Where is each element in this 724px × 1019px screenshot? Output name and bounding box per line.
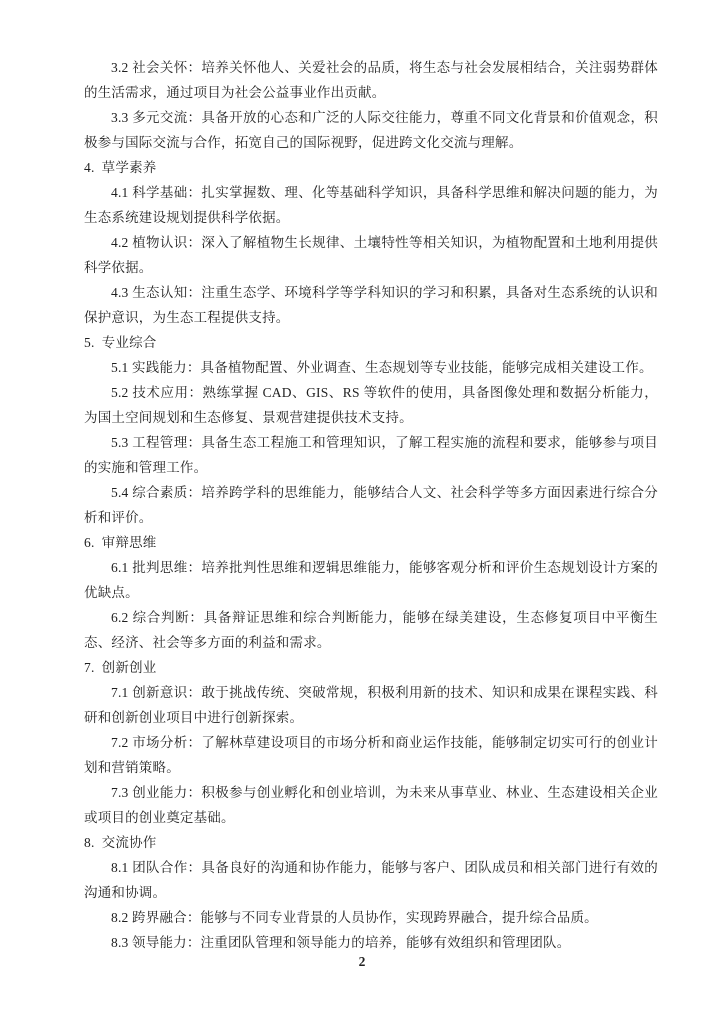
paragraph: 8.1 团队合作：具备良好的沟通和协作能力，能够与客户、团队成员和相关部门进行有…	[84, 855, 658, 905]
paragraph: 4.3 生态认知：注重生态学、环境科学等学科知识的学习和积累，具备对生态系统的认…	[84, 280, 658, 330]
paragraph: 8.2 跨界融合：能够与不同专业背景的人员协作，实现跨界融合，提升综合品质。	[84, 905, 658, 930]
paragraph: 3.2 社会关怀：培养关怀他人、关爱社会的品质，将生态与社会发展相结合，关注弱势…	[84, 55, 658, 105]
page-number: 2	[0, 952, 724, 972]
paragraph: 7.3 创业能力：积极参与创业孵化和创业培训，为未来从事草业、林业、生态建设相关…	[84, 780, 658, 830]
section-heading: 5. 专业综合	[84, 330, 658, 355]
paragraph: 7.2 市场分析：了解林草建设项目的市场分析和商业运作技能，能够制定切实可行的创…	[84, 730, 658, 780]
paragraph: 6.1 批判思维：培养批判性思维和逻辑思维能力，能够客观分析和评价生态规划设计方…	[84, 555, 658, 605]
paragraph: 5.3 工程管理：具备生态工程施工和管理知识，了解工程实施的流程和要求，能够参与…	[84, 430, 658, 480]
paragraph: 3.3 多元交流：具备开放的心态和广泛的人际交往能力，尊重不同文化背景和价值观念…	[84, 105, 658, 155]
document-page: 3.2 社会关怀：培养关怀他人、关爱社会的品质，将生态与社会发展相结合，关注弱势…	[0, 0, 724, 1019]
section-heading: 8. 交流协作	[84, 830, 658, 855]
paragraph: 5.4 综合素质：培养跨学科的思维能力，能够结合人文、社会科学等多方面因素进行综…	[84, 480, 658, 530]
paragraph: 5.2 技术应用：熟练掌握 CAD、GIS、RS 等软件的使用，具备图像处理和数…	[84, 380, 658, 430]
section-heading: 4. 草学素养	[84, 155, 658, 180]
document-body: 3.2 社会关怀：培养关怀他人、关爱社会的品质，将生态与社会发展相结合，关注弱势…	[84, 55, 658, 955]
paragraph: 4.2 植物认识：深入了解植物生长规律、土壤特性等相关知识，为植物配置和土地利用…	[84, 230, 658, 280]
section-heading: 7. 创新创业	[84, 655, 658, 680]
paragraph: 5.1 实践能力：具备植物配置、外业调查、生态规划等专业技能，能够完成相关建设工…	[84, 355, 658, 380]
paragraph: 7.1 创新意识：敢于挑战传统、突破常规，积极利用新的技术、知识和成果在课程实践…	[84, 680, 658, 730]
paragraph: 4.1 科学基础：扎实掌握数、理、化等基础科学知识，具备科学思维和解决问题的能力…	[84, 180, 658, 230]
paragraph: 6.2 综合判断：具备辩证思维和综合判断能力，能够在绿美建设，生态修复项目中平衡…	[84, 605, 658, 655]
section-heading: 6. 审辩思维	[84, 530, 658, 555]
